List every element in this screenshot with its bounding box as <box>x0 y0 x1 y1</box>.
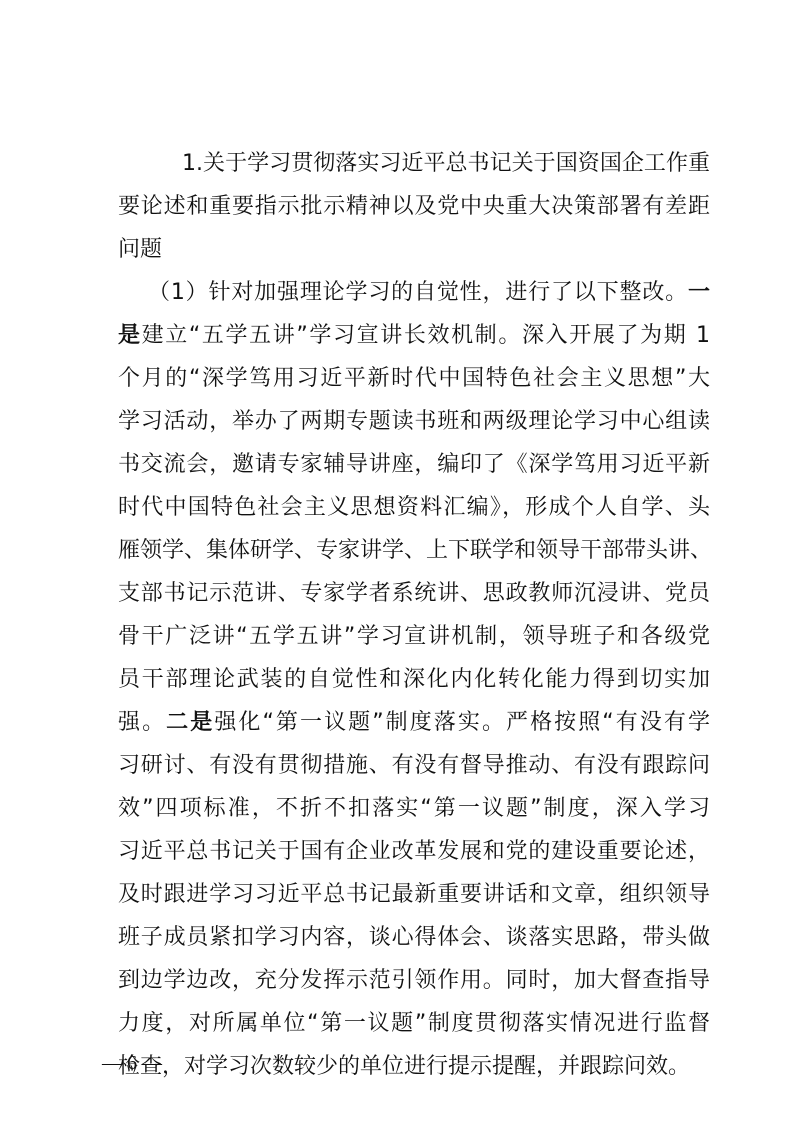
paragraph-line: 支部书记示范讲、专家学者系统讲、思政教师沉浸讲、党员 <box>118 572 710 615</box>
bold-marker: 是 <box>118 323 142 348</box>
text-run: 建立“五学五讲”学习宣讲长效机制。深入开展了为期 1 <box>142 323 710 348</box>
paragraph-line: 到边学边改，充分发挥示范引领作用。同时，加大督查指导 <box>118 959 710 1002</box>
text-run: 骨干广泛讲“五学五讲”学习宣讲机制，领导班子和各级党 <box>118 624 710 649</box>
paragraph-line: （1）针对加强理论学习的自觉性，进行了以下整改。一 <box>148 271 710 314</box>
text-run: 到边学边改，充分发挥示范引领作用。同时，加大督查指导 <box>118 968 710 993</box>
paragraph-line: 班子成员紧扣学习内容，谈心得体会、谈落实思路，带头做 <box>118 916 710 959</box>
bold-marker: 二是 <box>166 710 214 735</box>
paragraph-line: 员干部理论武装的自觉性和深化内化转化能力得到切实加 <box>118 658 710 701</box>
paragraph-line: 个月的“深学笃用习近平新时代中国特色社会主义思想”大 <box>118 357 710 400</box>
text-run: 及时跟进学习习近平总书记最新重要讲话和文章，组织领导 <box>118 882 710 907</box>
paragraph-line: 习近平总书记关于国有企业改革发展和党的建设重要论述， <box>118 830 710 873</box>
bold-marker: 一 <box>688 280 710 305</box>
heading-line-1: 1.关于学习贯彻落实习近平总书记关于国资国企工作重 <box>182 142 710 185</box>
paragraph-line: 雁领学、集体研学、专家讲学、上下联学和领导干部带头讲、 <box>118 529 710 572</box>
paragraph-line: 学习活动，举办了两期专题读书班和两级理论学习中心组读 <box>118 400 710 443</box>
text-run: （1）针对加强理论学习的自觉性，进行了以下整改。 <box>148 280 688 305</box>
heading-line-3: 问题 <box>118 228 710 271</box>
text-run: 习研讨、有没有贯彻措施、有没有督导推动、有没有跟踪问 <box>118 753 710 778</box>
text-run: 班子成员紧扣学习内容，谈心得体会、谈落实思路，带头做 <box>118 925 710 950</box>
text-run: 效”四项标准，不折不扣落实“第一议题”制度，深入学习 <box>118 796 710 821</box>
paragraph-line: 是建立“五学五讲”学习宣讲长效机制。深入开展了为期 1 <box>118 314 710 357</box>
text-run: 书交流会，邀请专家辅导讲座，编印了《深学笃用习近平新 <box>118 452 710 477</box>
paragraph-line: 时代中国特色社会主义思想资料汇编》，形成个人自学、头 <box>118 486 710 529</box>
paragraph-line: 力度，对所属单位“第一议题”制度贯彻落实情况进行监督 <box>118 1002 710 1045</box>
text-run: 力度，对所属单位“第一议题”制度贯彻落实情况进行监督 <box>118 1011 710 1036</box>
text-run: 学习活动，举办了两期专题读书班和两级理论学习中心组读 <box>118 409 710 434</box>
paragraph-line: 骨干广泛讲“五学五讲”学习宣讲机制，领导班子和各级党 <box>118 615 710 658</box>
text-run: 员干部理论武装的自觉性和深化内化转化能力得到切实加 <box>118 667 710 692</box>
document-page: 1.关于学习贯彻落实习近平总书记关于国资国企工作重 要论述和重要指示批示精神以及… <box>0 0 800 1131</box>
text-run: 检查，对学习次数较少的单位进行提示提醒，并跟踪问效。 <box>118 1054 690 1079</box>
text-run: 时代中国特色社会主义思想资料汇编》，形成个人自学、头 <box>118 495 710 520</box>
paragraph-line: 强。二是强化“第一议题”制度落实。严格按照“有没有学 <box>118 701 710 744</box>
text-run: 习近平总书记关于国有企业改革发展和党的建设重要论述， <box>118 839 710 864</box>
paragraph-line: 效”四项标准，不折不扣落实“第一议题”制度，深入学习 <box>118 787 710 830</box>
text-run: 强化“第一议题”制度落实。严格按照“有没有学 <box>214 710 710 735</box>
text-run: 支部书记示范讲、专家学者系统讲、思政教师沉浸讲、党员 <box>118 581 710 606</box>
page-number: — 6 — <box>102 1052 162 1075</box>
paragraph-line: 习研讨、有没有贯彻措施、有没有督导推动、有没有跟踪问 <box>118 744 710 787</box>
paragraph-line: 及时跟进学习习近平总书记最新重要讲话和文章，组织领导 <box>118 873 710 916</box>
text-run: 个月的“深学笃用习近平新时代中国特色社会主义思想”大 <box>118 366 710 391</box>
text-run: 雁领学、集体研学、专家讲学、上下联学和领导干部带头讲、 <box>118 538 712 563</box>
paragraph-line: 检查，对学习次数较少的单位进行提示提醒，并跟踪问效。 <box>118 1045 710 1088</box>
heading-line-2: 要论述和重要指示批示精神以及党中央重大决策部署有差距 <box>118 185 710 228</box>
text-run: 强。 <box>118 710 166 735</box>
paragraph-line: 书交流会，邀请专家辅导讲座，编印了《深学笃用习近平新 <box>118 443 710 486</box>
